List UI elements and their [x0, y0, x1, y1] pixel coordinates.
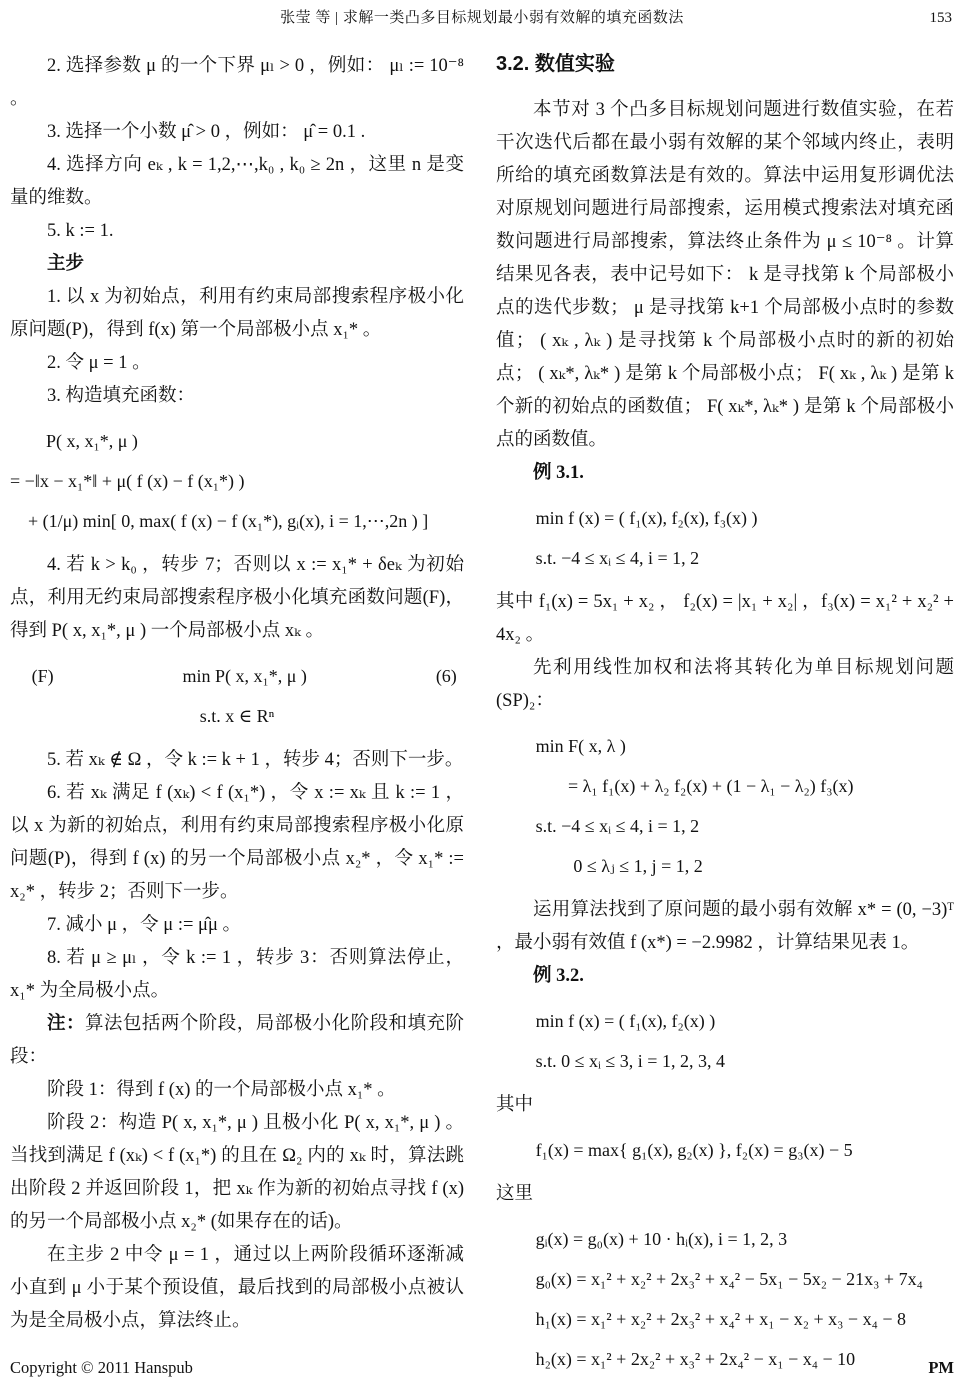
- equation-line: g₀(x) = x₁² + x₂² + 2x₃² + x₄² − 5x₁ − 5…: [496, 1259, 954, 1299]
- running-title: 张莹 等 | 求解一类凸多目标规划最小弱有效解的填充函数法: [280, 10, 684, 26]
- equation-body: min P( x, x₁*, μ ): [54, 656, 436, 696]
- equation-line: = λ₁ f₁(x) + λ₂ f₂(x) + (1 − λ₁ − λ₂) f₃…: [496, 766, 954, 806]
- equation-line: min f (x) = ( f₁(x), f₂(x), f₃(x) ): [496, 498, 954, 538]
- paragraph: 注：算法包括两个阶段，局部极小化阶段和填充阶段：: [10, 1008, 464, 1074]
- paragraph: 2. 选择参数 μ 的一个下界 μₗ > 0 ，例如： μₗ := 10⁻⁸ 。: [10, 50, 464, 116]
- equation-block: f₁(x) = max{ g₁(x), g₂(x) }, f₂(x) = g₃(…: [496, 1130, 954, 1170]
- copyright-text: Copyright © 2011 Hanspub: [10, 1358, 193, 1378]
- equation-number: (6): [436, 656, 464, 696]
- paragraph: 2. 令 μ = 1 。: [10, 347, 464, 380]
- paragraph: 3. 构造填充函数：: [10, 380, 464, 413]
- paragraph: 本节对 3 个凸多目标规划问题进行数值实验，在若干次迭代后都在最小弱有效解的某个…: [496, 94, 954, 457]
- equation-block: min f (x) = ( f₁(x), f₂(x), f₃(x) )s.t. …: [496, 498, 954, 578]
- equation-line: 0 ≤ λⱼ ≤ 1, j = 1, 2: [496, 846, 954, 886]
- equation-line: = −‖x − x₁*‖ + μ( f (x) − f (x₁*) ): [10, 461, 464, 501]
- equation-line: s.t. 0 ≤ xᵢ ≤ 3, i = 1, 2, 3, 4: [496, 1041, 954, 1081]
- equation-block: (F)min P( x, x₁*, μ )(6)s.t. x ∈ Rⁿ: [10, 656, 464, 736]
- page-footer: Copyright © 2011 Hanspub PM: [10, 1358, 954, 1378]
- equation-line: min F( x, λ ): [496, 726, 954, 766]
- paragraph: 阶段 2：构造 P( x, x₁*, μ ) 且极小化 P( x, x₁*, μ…: [10, 1107, 464, 1239]
- paragraph: 这里: [496, 1178, 954, 1211]
- page-number: 153: [930, 8, 953, 28]
- equation-line: s.t. −4 ≤ xᵢ ≤ 4, i = 1, 2: [496, 806, 954, 846]
- equation-block: min f (x) = ( f₁(x), f₂(x) )s.t. 0 ≤ xᵢ …: [496, 1001, 954, 1081]
- journal-mark: PM: [928, 1358, 954, 1378]
- sub-heading: 例 3.2.: [496, 960, 954, 993]
- paragraph: 4. 若 k > k₀ ，转步 7；否则以 x := x₁* + δeₖ 为初始…: [10, 549, 464, 648]
- paragraph: 其中 f₁(x) = 5x₁ + x₂ ， f₂(x) = |x₁ + x₂| …: [496, 586, 954, 652]
- paragraph: 先利用线性加权和法将其转化为单目标规划问题(SP)₂：: [496, 652, 954, 718]
- paragraph: 1. 以 x 为初始点，利用有约束局部搜索程序极小化原问题(P)，得到 f(x)…: [10, 281, 464, 347]
- equation-line: s.t. −4 ≤ xᵢ ≤ 4, i = 1, 2: [496, 538, 954, 578]
- paragraph: 5. 若 xₖ ∉ Ω ，令 k := k + 1 ，转步 4；否则下一步。: [10, 744, 464, 777]
- equation-block: gᵢ(x) = g₀(x) + 10 · hᵢ(x), i = 1, 2, 3g…: [496, 1219, 954, 1379]
- equation-line: gᵢ(x) = g₀(x) + 10 · hᵢ(x), i = 1, 2, 3: [496, 1219, 954, 1259]
- page-header: 张莹 等 | 求解一类凸多目标规划最小弱有效解的填充函数法 153: [10, 8, 954, 34]
- equation-line: P( x, x₁*, μ ): [10, 421, 464, 461]
- sub-heading: 主步: [10, 248, 464, 281]
- equation-block: P( x, x₁*, μ )= −‖x − x₁*‖ + μ( f (x) − …: [10, 421, 464, 541]
- equation-block: min F( x, λ )= λ₁ f₁(x) + λ₂ f₂(x) + (1 …: [496, 726, 954, 886]
- paragraph: 其中: [496, 1089, 954, 1122]
- right-column: 3.2. 数值实验本节对 3 个凸多目标规划问题进行数值实验，在若干次迭代后都在…: [496, 50, 954, 1386]
- equation-line: f₁(x) = max{ g₁(x), g₂(x) }, f₂(x) = g₃(…: [496, 1130, 954, 1170]
- equation-line: h₁(x) = x₁² + x₂² + 2x₃² + x₄² + x₁ − x₂…: [496, 1299, 954, 1339]
- paragraph: 3. 选择一个小数 μ̂ > 0 ，例如： μ̂ = 0.1 .: [10, 116, 464, 149]
- paper-page: 张莹 等 | 求解一类凸多目标规划最小弱有效解的填充函数法 153 2. 选择参…: [0, 0, 964, 1386]
- paragraph: 8. 若 μ ≥ μₗ ，令 k := 1 ，转步 3：否则算法停止，x₁* 为…: [10, 942, 464, 1008]
- equation-line: s.t. x ∈ Rⁿ: [10, 696, 464, 736]
- paragraph: 6. 若 xₖ 满足 f (xₖ) < f (x₁*) ，令 x := xₖ 且…: [10, 777, 464, 909]
- paragraph: 4. 选择方向 eₖ , k = 1,2,⋯,k₀ , k₀ ≥ 2n ，这里 …: [10, 149, 464, 215]
- section-heading: 3.2. 数值实验: [496, 50, 954, 78]
- sub-heading: 例 3.1.: [496, 457, 954, 490]
- equation-line: (F)min P( x, x₁*, μ )(6): [10, 656, 464, 696]
- left-column: 2. 选择参数 μ 的一个下界 μₗ > 0 ，例如： μₗ := 10⁻⁸ 。…: [10, 50, 464, 1386]
- equation-line: min f (x) = ( f₁(x), f₂(x) ): [496, 1001, 954, 1041]
- paragraph: 在主步 2 中令 μ = 1 ，通过以上两阶段循环逐渐减小直到 μ 小于某个预设…: [10, 1239, 464, 1338]
- paragraph: 运用算法找到了原问题的最小弱有效解 x* = (0, −3)ᵀ ，最小弱有效值 …: [496, 894, 954, 960]
- paragraph: 5. k := 1.: [10, 215, 464, 248]
- equation-line: + (1/μ) min[ 0, max( f (x) − f (x₁*), gᵢ…: [10, 501, 464, 541]
- equation-label: (F): [10, 656, 54, 696]
- two-column-body: 2. 选择参数 μ 的一个下界 μₗ > 0 ，例如： μₗ := 10⁻⁸ 。…: [10, 50, 954, 1386]
- paragraph: 7. 减小 μ ，令 μ := μ̂μ 。: [10, 909, 464, 942]
- para-lead: 注：: [47, 1014, 85, 1034]
- paragraph: 阶段 1：得到 f (x) 的一个局部极小点 x₁* 。: [10, 1074, 464, 1107]
